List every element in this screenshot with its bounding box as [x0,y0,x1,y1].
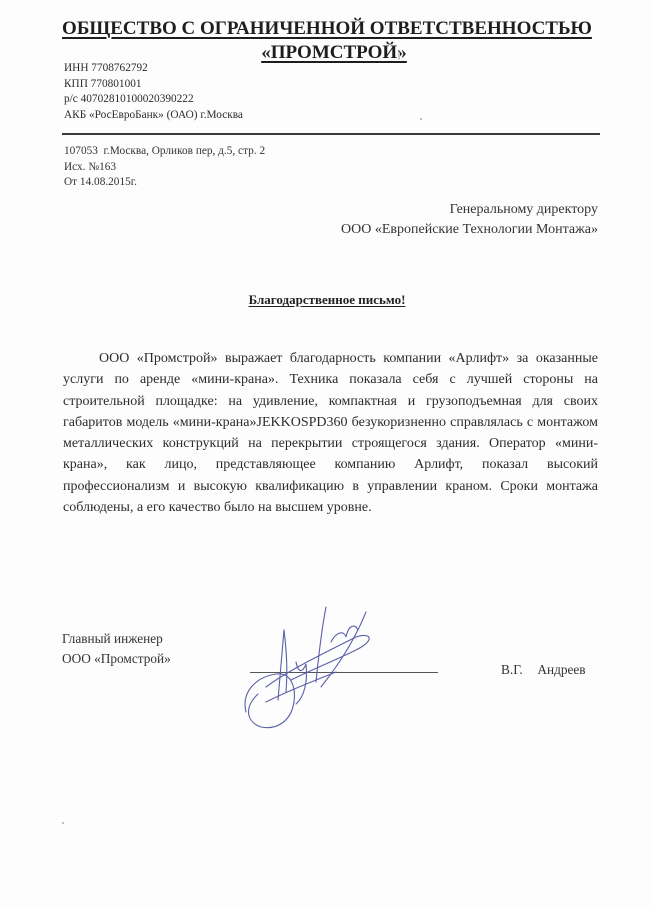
address-block: 107053 г.Москва, Орликов пер, д.5, стр. … [64,144,265,191]
organization-title: ОБЩЕСТВО С ОГРАНИЧЕННОЙ ОТВЕТСТВЕННОСТЬЮ… [0,18,654,64]
recipient-block: Генеральному директору ООО «Европейские … [341,200,598,240]
bank-name: АКБ «РосЕвроБанк» (ОАО) г.Москва [64,108,243,124]
header-divider [62,133,600,135]
handwritten-signature-icon [236,592,396,732]
letter-title: Благодарственное письмо! [0,292,654,308]
scan-artifact [420,118,422,120]
kpp: КПП 770801001 [64,77,243,93]
letter-date: От 14.08.2015г. [64,175,265,191]
inn: ИНН 7708762792 [64,61,243,77]
scan-artifact [398,52,400,60]
bank-account: р/с 40702810100020390222 [64,92,243,108]
outgoing-number: Исх. №163 [64,160,265,176]
signatory-block: Главный инженер ООО «Промстрой» [62,629,171,669]
signatory-position: Главный инженер [62,629,171,649]
scan-artifact [62,822,64,824]
recipient-company: ООО «Европейские Технологии Монтажа» [341,220,598,240]
recipient-position: Генеральному директору [341,200,598,220]
postal-address: 107053 г.Москва, Орликов пер, д.5, стр. … [64,144,265,160]
org-title-line1: ОБЩЕСТВО С ОГРАНИЧЕННОЙ ОТВЕТСТВЕННОСТЬЮ [62,18,592,39]
company-requisites: ИНН 7708762792 КПП 770801001 р/с 4070281… [64,61,243,123]
letter-body: ООО «Промстрой» выражает благодарность к… [63,348,598,518]
signatory-company: ООО «Промстрой» [62,649,171,669]
signatory-name: В.Г. Андреев [501,662,586,678]
